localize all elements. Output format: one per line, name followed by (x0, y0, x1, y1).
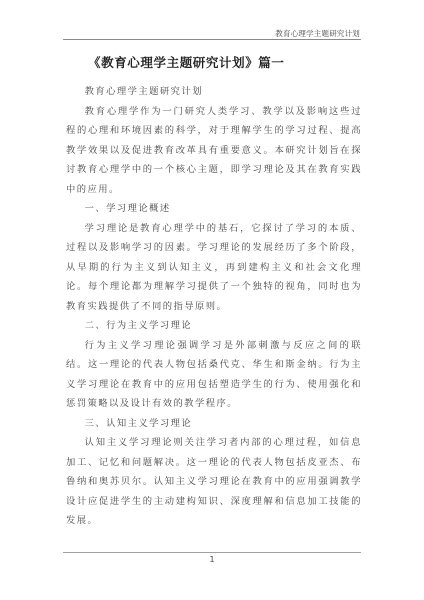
paragraph-cognitivism: 认知主义学习理论则关注学习者内部的心理过程，如信息加工、记忆和问题解决。这一理论… (66, 433, 362, 531)
paragraph-learning-theory: 学习理论是教育心理学中的基石，它探讨了学习的本质、过程以及影响学习的因素。学习理… (66, 219, 362, 317)
footer-divider (63, 552, 361, 553)
page-number: 1 (0, 555, 424, 564)
document-title: 《教育心理学主题研究计划》篇一 (88, 53, 285, 71)
section-heading-1: 一、学习理论概述 (66, 199, 362, 219)
running-header-title: 教育心理学主题研究计划 (275, 28, 360, 39)
header-divider (63, 39, 361, 40)
paragraph-intro: 教育心理学作为一门研究人类学习、教学以及影响这些过程的心理和环境因素的科学，对于… (66, 102, 362, 200)
paragraph-subtitle: 教育心理学主题研究计划 (66, 82, 362, 102)
section-heading-2: 二、行为主义学习理论 (66, 316, 362, 336)
section-heading-3: 三、认知主义学习理论 (66, 414, 362, 434)
paragraph-behaviorism: 行为主义学习理论强调学习是外部刺激与反应之间的联结。这一理论的代表人物包括桑代克… (66, 336, 362, 414)
document-body: 教育心理学主题研究计划 教育心理学作为一门研究人类学习、教学以及影响这些过程的心… (66, 82, 362, 531)
